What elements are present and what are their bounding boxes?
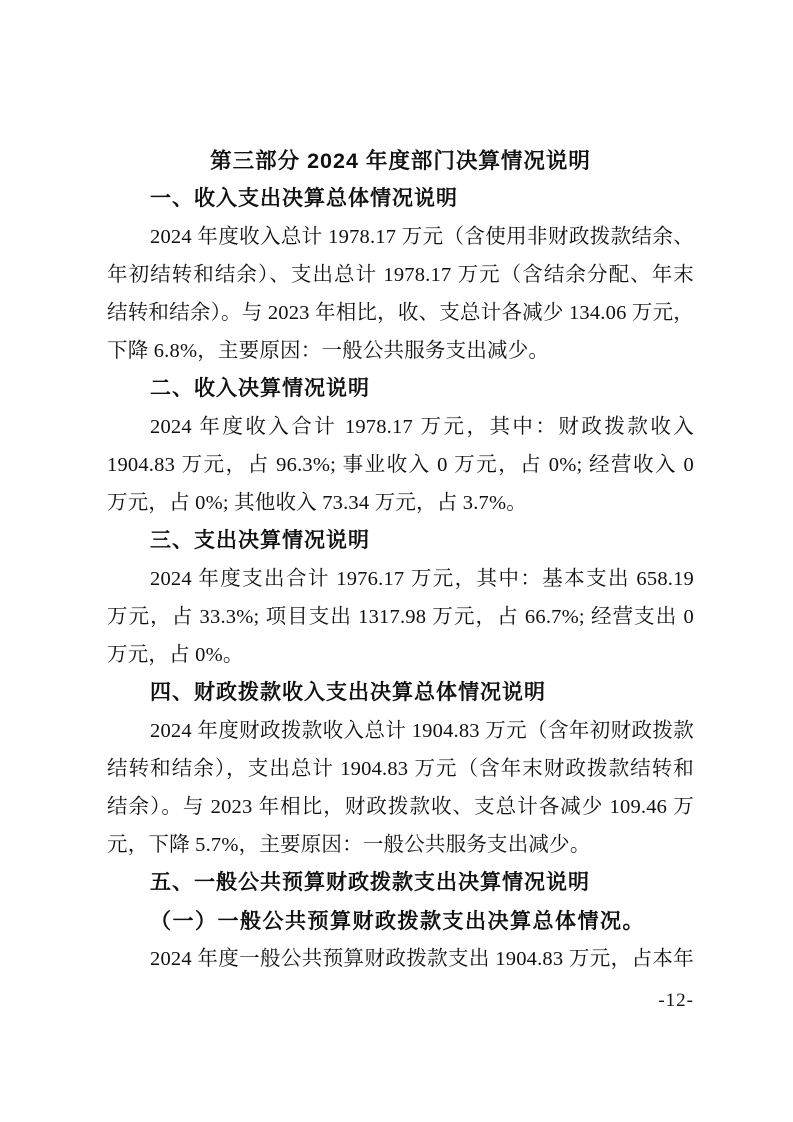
document-body: 第三部分 2024 年度部门决算情况说明 一、收入支出决算总体情况说明 2024… <box>107 142 694 978</box>
section-heading: 一、收入支出决算总体情况说明 <box>107 180 694 218</box>
paragraph-line: 结转和结余）。与 2023 年相比，收、支总计各减少 134.06 万元， <box>107 294 694 332</box>
document-page: 第三部分 2024 年度部门决算情况说明 一、收入支出决算总体情况说明 2024… <box>0 0 793 1122</box>
paragraph-line: 万元，占 33.3%; 项目支出 1317.98 万元，占 66.7%; 经营支… <box>107 598 694 636</box>
section-heading: 三、支出决算情况说明 <box>107 522 694 560</box>
page-number: -12- <box>658 985 694 1017</box>
paragraph-line: 结转和结余），支出总计 1904.83 万元（含年末财政拨款结转和 <box>107 750 694 788</box>
paragraph-line: 万元，占 0%。 <box>107 636 694 674</box>
paragraph-line: 下降 6.8%，主要原因：一般公共服务支出减少。 <box>107 332 694 370</box>
paragraph-line: 1904.83 万元，占 96.3%; 事业收入 0 万元，占 0%; 经营收入… <box>107 446 694 484</box>
section-heading: 二、收入决算情况说明 <box>107 370 694 408</box>
section-heading: 四、财政拨款收入支出决算总体情况说明 <box>107 674 694 712</box>
paragraph-line: 元，下降 5.7%，主要原因：一般公共服务支出减少。 <box>107 826 694 864</box>
section-income-accounts: 二、收入决算情况说明 2024 年度收入合计 1978.17 万元，其中：财政拨… <box>107 370 694 522</box>
section-expenditure-accounts: 三、支出决算情况说明 2024 年度支出合计 1976.17 万元，其中：基本支… <box>107 522 694 674</box>
paragraph-line: 结余）。与 2023 年相比，财政拨款收、支总计各减少 109.46 万 <box>107 788 694 826</box>
section-general-public-budget-expenditure: 五、一般公共预算财政拨款支出决算情况说明 （一）一般公共预算财政拨款支出决算总体… <box>107 864 694 978</box>
section-income-expenditure-overview: 一、收入支出决算总体情况说明 2024 年度收入总计 1978.17 万元（含使… <box>107 180 694 370</box>
page-title: 第三部分 2024 年度部门决算情况说明 <box>107 142 694 180</box>
paragraph-line: 2024 年度支出合计 1976.17 万元，其中：基本支出 658.19 <box>107 560 694 598</box>
section-fiscal-appropriation-overview: 四、财政拨款收入支出决算总体情况说明 2024 年度财政拨款收入总计 1904.… <box>107 674 694 864</box>
paragraph-line: 2024 年度一般公共预算财政拨款支出 1904.83 万元，占本年 <box>107 940 694 978</box>
section-subheading: （一）一般公共预算财政拨款支出决算总体情况。 <box>107 902 694 940</box>
paragraph-line: 万元，占 0%; 其他收入 73.34 万元，占 3.7%。 <box>107 484 694 522</box>
paragraph-line: 2024 年度收入总计 1978.17 万元（含使用非财政拨款结余、 <box>107 218 694 256</box>
paragraph-line: 2024 年度收入合计 1978.17 万元，其中：财政拨款收入 <box>107 408 694 446</box>
paragraph-line: 2024 年度财政拨款收入总计 1904.83 万元（含年初财政拨款 <box>107 712 694 750</box>
paragraph-line: 年初结转和结余）、支出总计 1978.17 万元（含结余分配、年末 <box>107 256 694 294</box>
section-heading: 五、一般公共预算财政拨款支出决算情况说明 <box>107 864 694 902</box>
